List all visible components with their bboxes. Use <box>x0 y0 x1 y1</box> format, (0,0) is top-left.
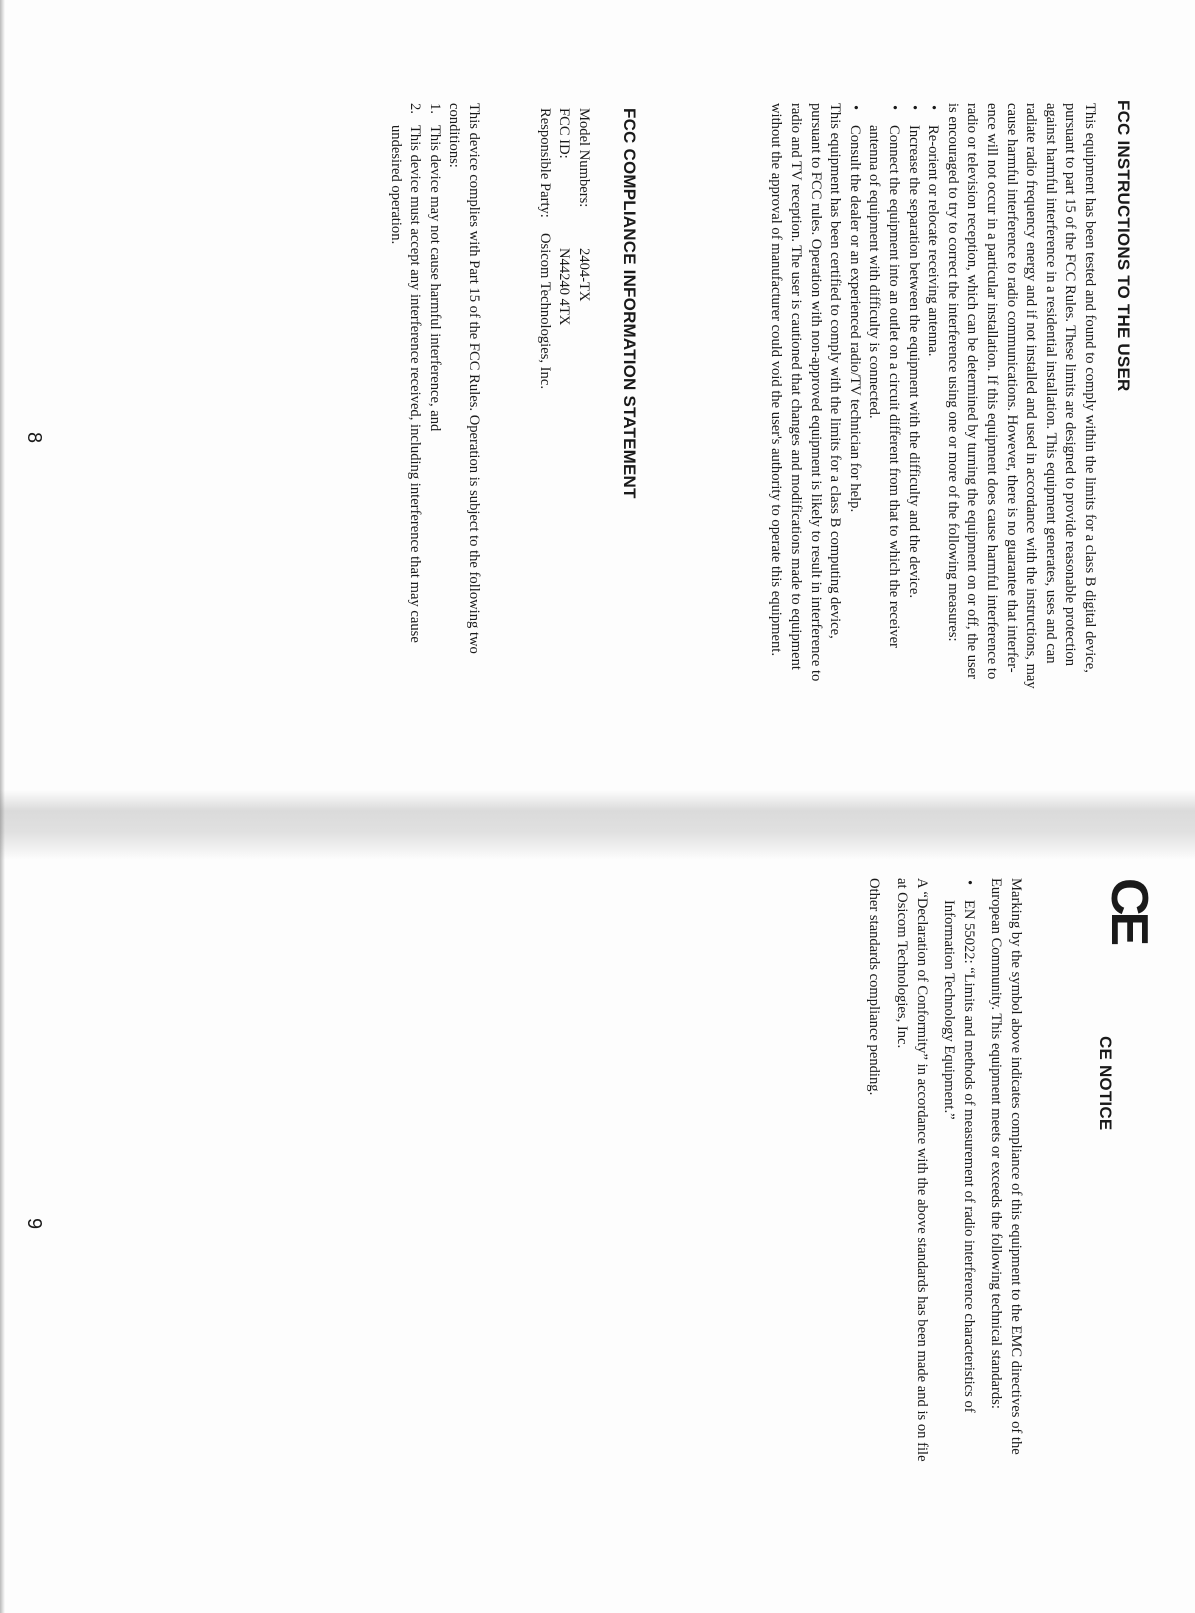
list-item-line: undesired operation. <box>385 125 405 783</box>
list-item-line: antenna of equipment with difficulty is … <box>864 125 884 783</box>
field-value: 2404-TX <box>573 248 593 302</box>
list-item-line: Re-orient or relocate receiving antenna. <box>923 125 943 783</box>
condition-item: 1.This device may not cause harmful inte… <box>424 103 444 783</box>
measure-item: •Increase the separation between the equ… <box>903 103 923 783</box>
field-label: Responsible Party: <box>534 108 554 233</box>
ce-intro-paragraph: Marking by the symbol above indicates co… <box>986 878 1025 1598</box>
fcc-compliance-fields: Model Numbers: 2404-TX FCC ID: N44240 4T… <box>534 108 593 788</box>
list-item-line: Connect the equipment into an outlet on … <box>883 125 903 783</box>
list-item-line: Information Technology Equipment.” <box>939 900 959 1598</box>
field-fcc-id: FCC ID: N44240 4TX <box>554 108 574 788</box>
paragraph-line: This equipment has been tested and found… <box>1079 103 1099 783</box>
paragraph-line: ence will not occur in a particular inst… <box>981 103 1001 783</box>
ce-other-standards: Other standards compliance pending. <box>864 878 884 1598</box>
field-responsible-party: Responsible Party: Osicom Technologies, … <box>534 108 554 788</box>
field-value: Osicom Technologies, Inc. <box>534 233 554 389</box>
fcc-instructions-paragraph: This equipment has been tested and found… <box>942 103 1099 783</box>
scanned-document-spread: FCC INSTRUCTIONS TO THE USER This equipm… <box>0 0 1195 1613</box>
bullet-icon: • <box>883 105 903 110</box>
paragraph-line: cause harmful interference to radio comm… <box>1001 103 1021 783</box>
page-number-8: 8 <box>22 432 45 443</box>
ce-mark-logo: CE <box>1103 878 1155 942</box>
page-8: FCC INSTRUCTIONS TO THE USER This equipm… <box>0 0 1195 800</box>
paragraph-line: at Osicom Technologies, Inc. <box>891 878 911 1598</box>
list-item-line: This device may not cause harmful interf… <box>424 125 444 783</box>
condition-number: 1. <box>424 103 444 114</box>
list-item-line: Increase the separation between the equi… <box>903 125 923 783</box>
paragraph-line: radio and TV reception. The user is caut… <box>786 103 806 783</box>
paragraph-line: pursuant to FCC rules. Operation with no… <box>805 103 825 783</box>
paragraph-line: This equipment has been certified to com… <box>825 103 845 783</box>
paragraph-line: Marking by the symbol above indicates co… <box>1005 878 1025 1598</box>
fcc-instructions-body: This equipment has been tested and found… <box>766 103 1099 783</box>
bullet-icon: • <box>903 105 923 110</box>
field-label: FCC ID: <box>554 108 574 248</box>
compliance-statement-text: This device complies with Part 15 of the… <box>444 103 483 783</box>
measure-item: •Connect the equipment into an outlet on… <box>864 103 903 783</box>
field-value: N44240 4TX <box>554 248 574 325</box>
ce-standards-list: •EN 55022: “Limits and methods of measur… <box>939 878 978 1598</box>
fcc-compliance-statement: This device complies with Part 15 of the… <box>385 103 483 783</box>
paragraph-line: without the approval of manufacturer cou… <box>766 103 786 783</box>
condition-number: 2. <box>405 103 425 114</box>
page-number-9: 9 <box>22 1218 45 1229</box>
fcc-measures-list: •Re-orient or relocate receiving antenna… <box>844 103 942 783</box>
bullet-icon: • <box>844 105 864 110</box>
field-model-numbers: Model Numbers: 2404-TX <box>573 108 593 788</box>
ce-notice-body: Marking by the symbol above indicates co… <box>864 878 1025 1598</box>
fcc-closing-paragraph: This equipment has been certified to com… <box>766 103 844 783</box>
list-item-line: EN 55022: “Limits and methods of measure… <box>958 900 978 1598</box>
bullet-icon: • <box>923 105 943 110</box>
paragraph-line: against harmful interference in a reside… <box>1040 103 1060 783</box>
bullet-icon: • <box>958 880 978 885</box>
paragraph-line: European Community. This equipment meets… <box>986 878 1006 1598</box>
paragraph-line: conditions: <box>444 103 464 783</box>
paragraph-line: pursuant to part 15 of the FCC Rules. Th… <box>1060 103 1080 783</box>
conditions-list: 1.This device may not cause harmful inte… <box>385 103 444 783</box>
field-label: Model Numbers: <box>573 108 593 248</box>
list-item-line: Consult the dealer or an experienced rad… <box>844 125 864 783</box>
standard-item: •EN 55022: “Limits and methods of measur… <box>939 878 978 1598</box>
paragraph-line: radiate radio frequency energy and if no… <box>1021 103 1041 783</box>
scan-edge <box>0 0 5 1613</box>
measure-item: •Consult the dealer or an experienced ra… <box>844 103 864 783</box>
condition-item: 2.This device must accept any interferen… <box>385 103 424 783</box>
paragraph-line: is encouraged to try to correct the inte… <box>942 103 962 783</box>
ce-notice-heading: CE NOTICE <box>1095 1036 1115 1130</box>
paragraph-line: A “Declaration of Conformity” in accorda… <box>911 878 931 1598</box>
measure-item: •Re-orient or relocate receiving antenna… <box>923 103 943 783</box>
paragraph-line: radio or television reception, which can… <box>962 103 982 783</box>
fcc-compliance-heading: FCC COMPLIANCE INFORMATION STATEMENT <box>619 108 639 499</box>
list-item-line: This device must accept any interference… <box>405 125 425 783</box>
page-9: CE CE NOTICE Marking by the symbol above… <box>0 840 1195 1613</box>
paragraph-line: This device complies with Part 15 of the… <box>463 103 483 783</box>
fcc-instructions-heading: FCC INSTRUCTIONS TO THE USER <box>1113 100 1133 391</box>
ce-declaration-paragraph: A “Declaration of Conformity” in accorda… <box>891 878 930 1598</box>
